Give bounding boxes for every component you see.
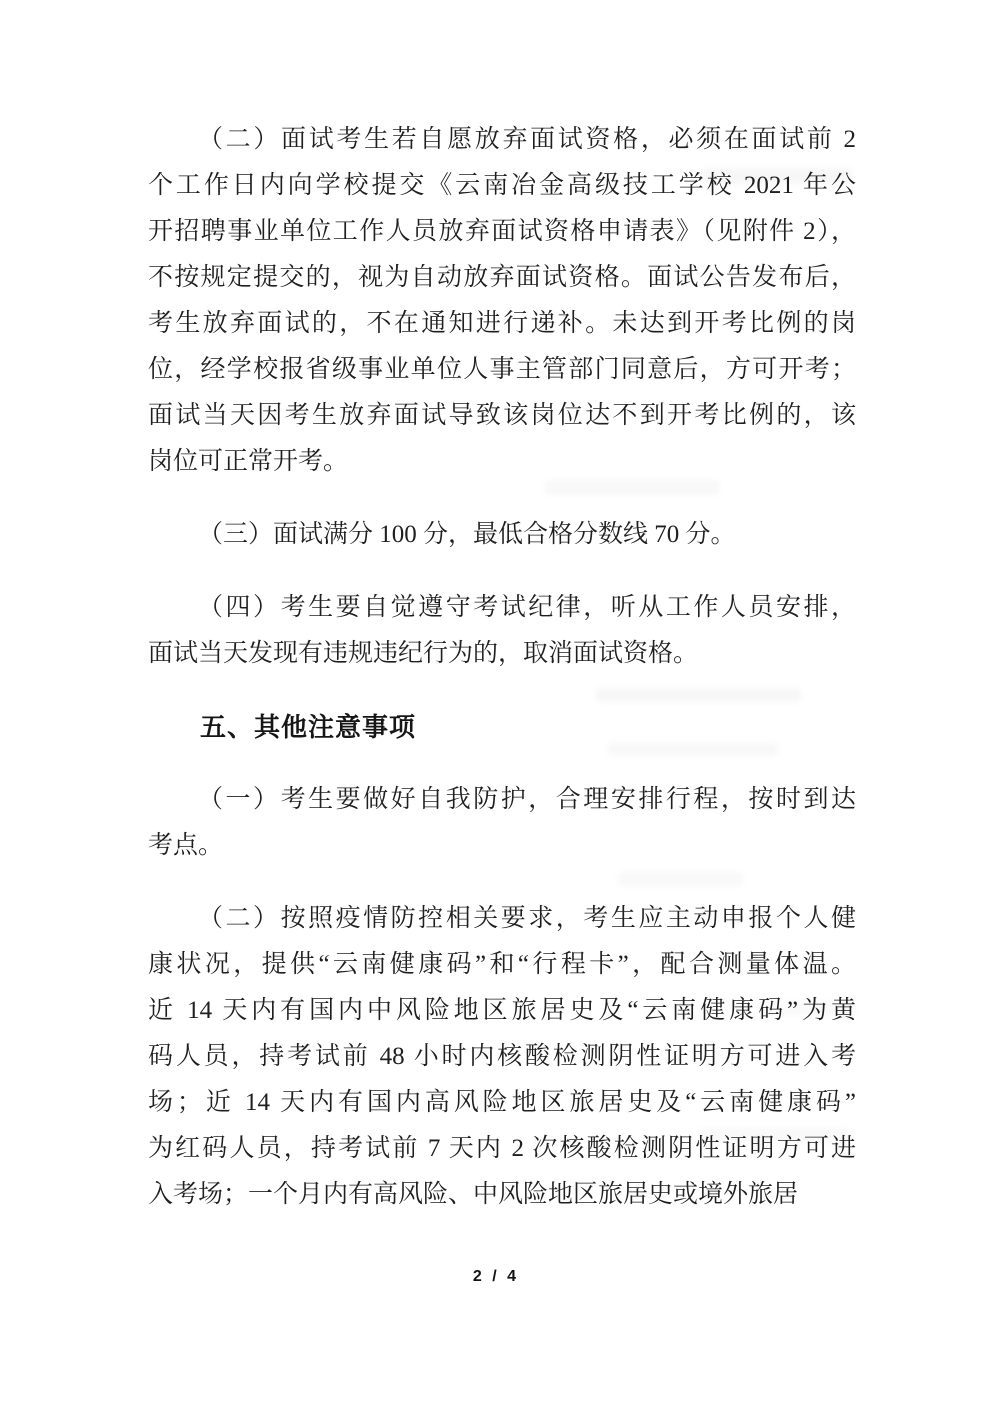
text-line: 入考场；一个月内有高风险、中风险地区旅居史或境外旅居: [148, 1172, 856, 1218]
text-line: 面试当天发现有违规违纪行为的，取消面试资格。: [148, 631, 856, 677]
text-line: 开招聘事业单位工作人员放弃面试资格申请表》（见附件 2），: [148, 209, 856, 255]
text-line: 位，经学校报省级事业单位人事主管部门同意后，方可开考；: [148, 347, 856, 393]
note-2-epidemic-control-paragraph: （二）按照疫情防控相关要求，考生应主动申报个人健康状况，提供“云南健康码”和“行…: [148, 896, 856, 1218]
note-1-self-protection-paragraph: （一）考生要做好自我防护，合理安排行程，按时到达考点。: [148, 777, 856, 869]
text-line: （一）考生要做好自我防护，合理安排行程，按时到达: [148, 777, 856, 823]
text-line: 五、其他注意事项: [148, 704, 856, 750]
text-line: 场；近 14 天内有国内高风险地区旅居史及“云南健康码”: [148, 1080, 856, 1126]
text-line: 不按规定提交的，视为自动放弃面试资格。面试公告发布后，: [148, 255, 856, 301]
text-line: （四）考生要自觉遵守考试纪律，听从工作人员安排，: [148, 585, 856, 631]
text-line: 岗位可正常开考。: [148, 439, 856, 485]
text-line: 个工作日内向学校提交《云南冶金高级技工学校 2021 年公: [148, 163, 856, 209]
item-3-passing-score-paragraph: （三）面试满分 100 分，最低合格分数线 70 分。: [148, 512, 856, 558]
scanned-document-page: （二）面试考生若自愿放弃面试资格，必须在面试前 2个工作日内向学校提交《云南冶金…: [0, 0, 992, 1402]
text-line: （二）按照疫情防控相关要求，考生应主动申报个人健: [148, 896, 856, 942]
text-line: （三）面试满分 100 分，最低合格分数线 70 分。: [148, 512, 856, 558]
text-line: 考生放弃面试的，不在通知进行递补。未达到开考比例的岗: [148, 301, 856, 347]
text-line: 考点。: [148, 823, 856, 869]
text-line: 近 14 天内有国内中风险地区旅居史及“云南健康码”为黄: [148, 988, 856, 1034]
text-line: （二）面试考生若自愿放弃面试资格，必须在面试前 2: [148, 117, 856, 163]
text-line: 面试当天因考生放弃面试导致该岗位达不到开考比例的，该: [148, 393, 856, 439]
item-4-discipline-paragraph: （四）考生要自觉遵守考试纪律，听从工作人员安排，面试当天发现有违规违纪行为的，取…: [148, 585, 856, 677]
section-5-other-notes-heading: 五、其他注意事项: [148, 704, 856, 750]
document-body: （二）面试考生若自愿放弃面试资格，必须在面试前 2个工作日内向学校提交《云南冶金…: [148, 117, 856, 1245]
page-footer: 2 / 4: [0, 1268, 992, 1286]
text-line: 为红码人员，持考试前 7 天内 2 次核酸检测阴性证明方可进: [148, 1126, 856, 1172]
text-line: 康状况，提供“云南健康码”和“行程卡”，配合测量体温。: [148, 942, 856, 988]
text-line: 码人员，持考试前 48 小时内核酸检测阴性证明方可进入考: [148, 1034, 856, 1080]
page-number: 2 / 4: [473, 1268, 519, 1285]
item-2-interview-waiver-paragraph: （二）面试考生若自愿放弃面试资格，必须在面试前 2个工作日内向学校提交《云南冶金…: [148, 117, 856, 485]
